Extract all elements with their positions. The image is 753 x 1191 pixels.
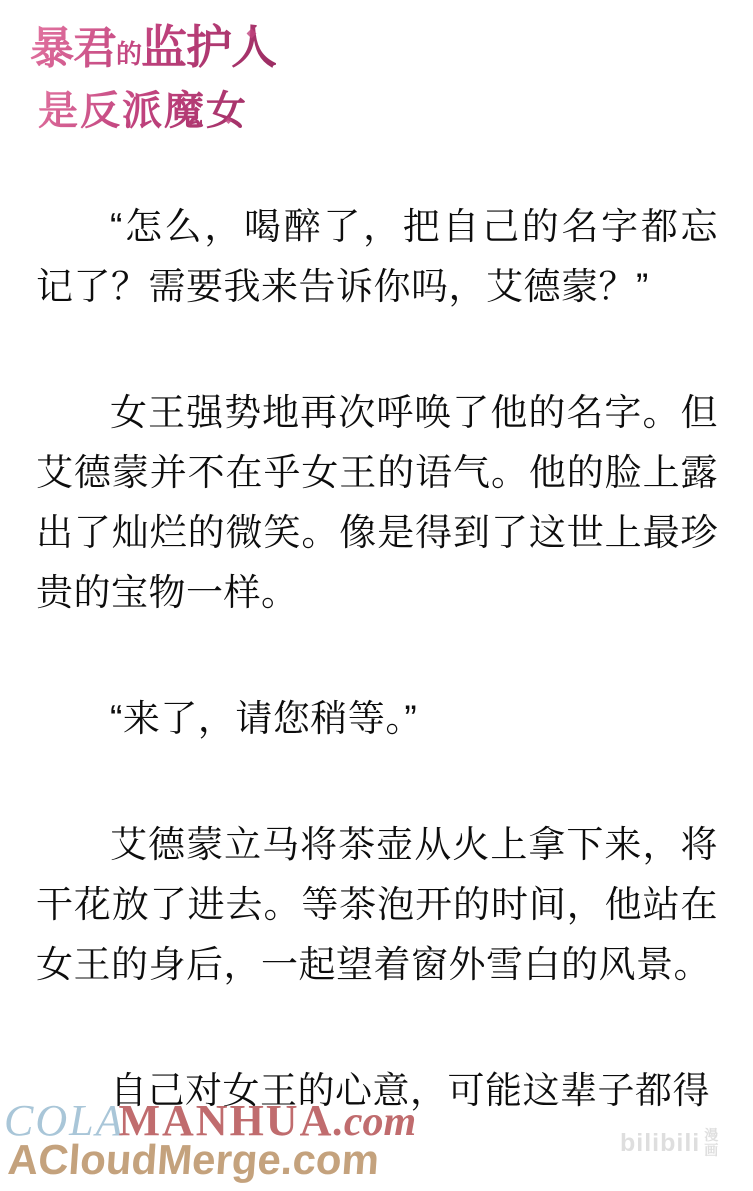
series-logo-title-part2: 的 xyxy=(116,40,141,69)
paragraph-narration-1: 女王强势地再次呼唤了他的名字。但艾德蒙并不在乎女王的语气。他的脸上露出了灿烂的微… xyxy=(36,383,718,623)
comic-text-page: 暴君的监护人 是反派魔女 “怎么，喝醉了，把自己的名字都忘记了？需要我来告诉你吗… xyxy=(0,0,753,1191)
paragraph-dialogue-2: “来了，请您稍等。” xyxy=(36,689,718,749)
series-logo-title-part1: 暴君 xyxy=(30,24,116,73)
series-logo-line2: 是反派魔女 xyxy=(30,85,276,137)
series-logo: 暴君的监护人 是反派魔女 xyxy=(30,22,276,137)
series-logo-title-part3: 监护人 xyxy=(141,22,276,73)
series-logo-line1: 暴君的监护人 xyxy=(30,22,276,85)
paragraph-narration-3-cutoff: 自己对女王的心意，可能这辈子都得 xyxy=(36,1061,718,1121)
paragraph-narration-2: 艾德蒙立马将茶壶从火上拿下来，将干花放了进去。等茶泡开的时间，他站在女王的身后，… xyxy=(36,815,718,995)
novel-text-body: “怎么，喝醉了，把自己的名字都忘记了？需要我来告诉你吗，艾德蒙？” 女王强势地再… xyxy=(36,197,718,1187)
paragraph-dialogue-1: “怎么，喝醉了，把自己的名字都忘记了？需要我来告诉你吗，艾德蒙？” xyxy=(36,197,718,317)
